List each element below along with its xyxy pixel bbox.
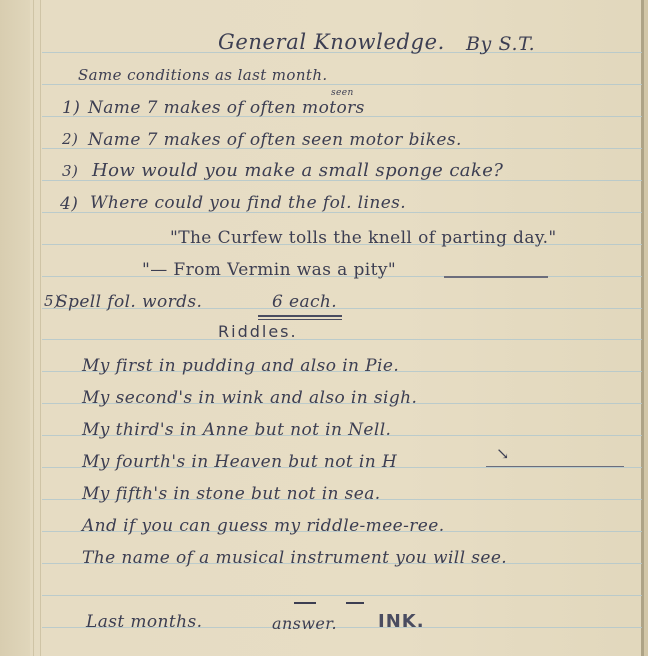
question-number: 2) — [62, 130, 78, 148]
riddles-heading: Riddles. — [218, 322, 298, 341]
question-text: How would you make a small sponge cake? — [92, 160, 503, 181]
page-fold — [641, 0, 644, 656]
margin-line — [40, 0, 41, 656]
riddle-line: My first in pudding and also in Pie. — [82, 356, 399, 376]
spelling-instruction: Spell fol. words. — [56, 292, 202, 312]
question-text: Name 7 makes of often motors — [88, 98, 365, 118]
question-insertion: seen — [331, 88, 354, 98]
spelling-marks: 6 each. — [272, 292, 337, 312]
page-title: General Knowledge. — [218, 30, 445, 54]
page-edge — [644, 0, 648, 656]
page-binding — [0, 0, 30, 656]
double-underline — [258, 319, 342, 320]
answer-value: INK. — [378, 611, 425, 632]
question-number: 1) — [62, 98, 80, 118]
riddle-line: My fifth's in stone but not in sea. — [82, 484, 381, 504]
ruled-line — [42, 339, 642, 340]
author-byline: By S.T. — [466, 33, 535, 55]
question-number: 4) — [60, 194, 78, 214]
riddle-line: My third's in Anne but not in Nell. — [82, 420, 391, 440]
intro-text: Same conditions as last month. — [78, 66, 328, 84]
riddle-line: My second's in wink and also in sigh. — [82, 388, 417, 408]
separator-dash — [294, 602, 316, 604]
ruled-line — [42, 84, 642, 85]
question-number: 3) — [62, 162, 78, 180]
last-month-label: Last months. — [86, 612, 202, 632]
riddle-line: The name of a musical instrument you wil… — [82, 548, 507, 568]
riddle-line: My fourth's in Heaven but not in H — [82, 452, 397, 472]
notebook-page: General Knowledge. By S.T. Same conditio… — [0, 0, 648, 656]
answer-label: answer. — [272, 614, 337, 633]
quote-line: "The Curfew tolls the knell of parting d… — [170, 228, 557, 248]
question-text: Name 7 makes of often seen motor bikes. — [88, 130, 462, 150]
separator-dash — [346, 602, 364, 604]
double-underline — [258, 315, 342, 317]
blank-underline — [444, 276, 548, 278]
blank-underline — [486, 466, 624, 467]
question-text: Where could you find the fol. lines. — [90, 193, 406, 213]
quote-line: "— From Vermin was a pity" — [142, 260, 396, 280]
margin-line — [33, 0, 34, 656]
riddle-line: And if you can guess my riddle-mee-ree. — [82, 516, 445, 536]
ruled-line — [42, 595, 642, 596]
arrow-icon: ↘ — [496, 444, 509, 463]
